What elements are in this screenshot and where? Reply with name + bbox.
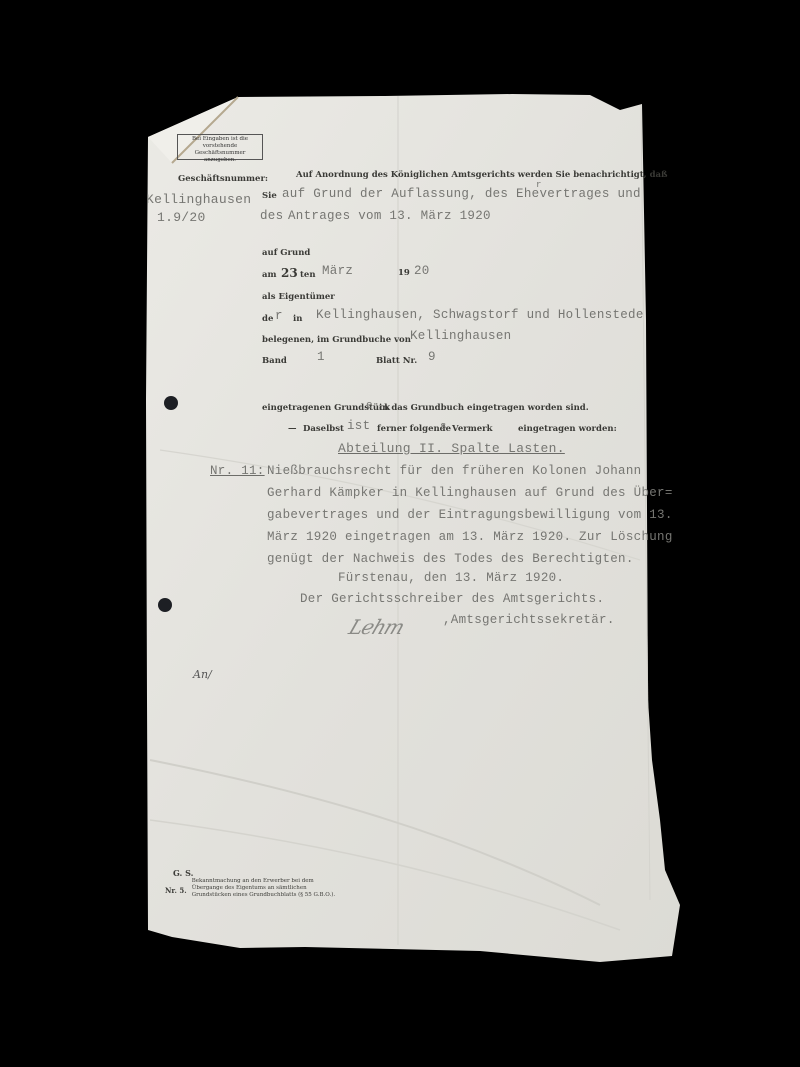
entry-number: Nr. 11: xyxy=(210,464,265,478)
band-label: Band xyxy=(262,356,287,366)
auf-grund-label: auf Grund xyxy=(262,248,310,258)
intro-printed: Auf Anordnung des Königlichen Amtsgerich… xyxy=(296,170,668,180)
file-number-value: 1.9/20 xyxy=(157,210,206,225)
blatt-label: Blatt Nr. xyxy=(376,356,417,366)
file-number-label: Geschäftsnummer: xyxy=(178,174,268,184)
month-value: März xyxy=(322,264,353,278)
vermerk-label: Vermerk xyxy=(452,424,492,434)
form-footer: G. S. Nr. 5. Bekanntmachung an den Erwer… xyxy=(165,868,342,899)
footer-form-number: Nr. 5. xyxy=(165,886,187,895)
ten-label: ten xyxy=(300,270,316,280)
blatt-value: 9 xyxy=(428,350,436,364)
intro-prefix-sie: Sie xyxy=(262,191,277,201)
intro-prefix-des: des xyxy=(260,209,283,223)
entry-line-3: gabevertrages und der Eintragungsbewilli… xyxy=(267,508,673,522)
intro-line-1: auf Grund der Auflassung, des Ehevertrag… xyxy=(282,187,641,201)
intro-line-2: Antrages vom 13. März 1920 xyxy=(288,209,491,223)
in-label: in xyxy=(293,314,302,324)
document-page: Bei Eingaben ist die vorstehende Geschäf… xyxy=(0,0,800,1067)
land-register-value: Kellinghausen xyxy=(410,329,511,343)
intro-correction: r xyxy=(536,180,542,190)
locations: Kellinghausen, Schwagstorf und Hollenste… xyxy=(316,308,644,322)
year-prefix: 19 xyxy=(398,268,410,278)
punch-hole-bottom xyxy=(158,598,172,612)
entry-line-4: März 1920 eingetragen am 13. März 1920. … xyxy=(267,530,673,544)
s-value: s xyxy=(440,421,447,433)
section-heading: Abteilung II. Spalte Lasten. xyxy=(338,441,565,456)
am-label: am xyxy=(262,270,277,280)
place-date: Fürstenau, den 13. März 1920. xyxy=(338,571,564,585)
footer-description: Bekanntmachung an den Erwerber bei dem Ü… xyxy=(192,878,342,899)
signature: Lehm xyxy=(346,615,408,639)
entry-line-2: Gerhard Kämpker in Kellinghausen auf Gru… xyxy=(267,486,673,500)
land-register-label: belegenen, im Grundbuche von xyxy=(262,335,411,345)
year-suffix: 20 xyxy=(414,264,430,278)
footer-gs: G. S. xyxy=(165,868,342,878)
dash: — xyxy=(288,424,297,434)
registered-suffix: e xyxy=(366,400,373,412)
entry-line-5: genügt der Nachweis des Todes des Berech… xyxy=(267,552,634,566)
file-number-location: Kellinghausen xyxy=(146,192,251,207)
initials: An/ xyxy=(193,668,212,681)
der-suffix: r xyxy=(275,309,283,323)
ist-value: ist xyxy=(347,419,370,433)
entry-line-1: Nießbrauchsrecht für den früheren Kolone… xyxy=(267,464,641,478)
day-value: 23 xyxy=(281,266,298,280)
owner-label: als Eigentümer xyxy=(262,292,335,302)
punch-hole-top xyxy=(164,396,178,410)
clerk-title: ,Amtsgerichtssekretär. xyxy=(443,613,615,627)
registered-worden-label: eingetragen worden: xyxy=(518,424,617,434)
registered-line-b: in das Grundbuch eingetragen worden sind… xyxy=(379,403,589,413)
reference-notice-box: Bei Eingaben ist die vorstehende Geschäf… xyxy=(177,134,263,160)
daselbst-label: Daselbst xyxy=(303,424,344,434)
der-prefix: de xyxy=(262,314,273,324)
clerk-line: Der Gerichtsschreiber des Amtsgerichts. xyxy=(300,592,604,606)
band-value: 1 xyxy=(317,350,325,364)
